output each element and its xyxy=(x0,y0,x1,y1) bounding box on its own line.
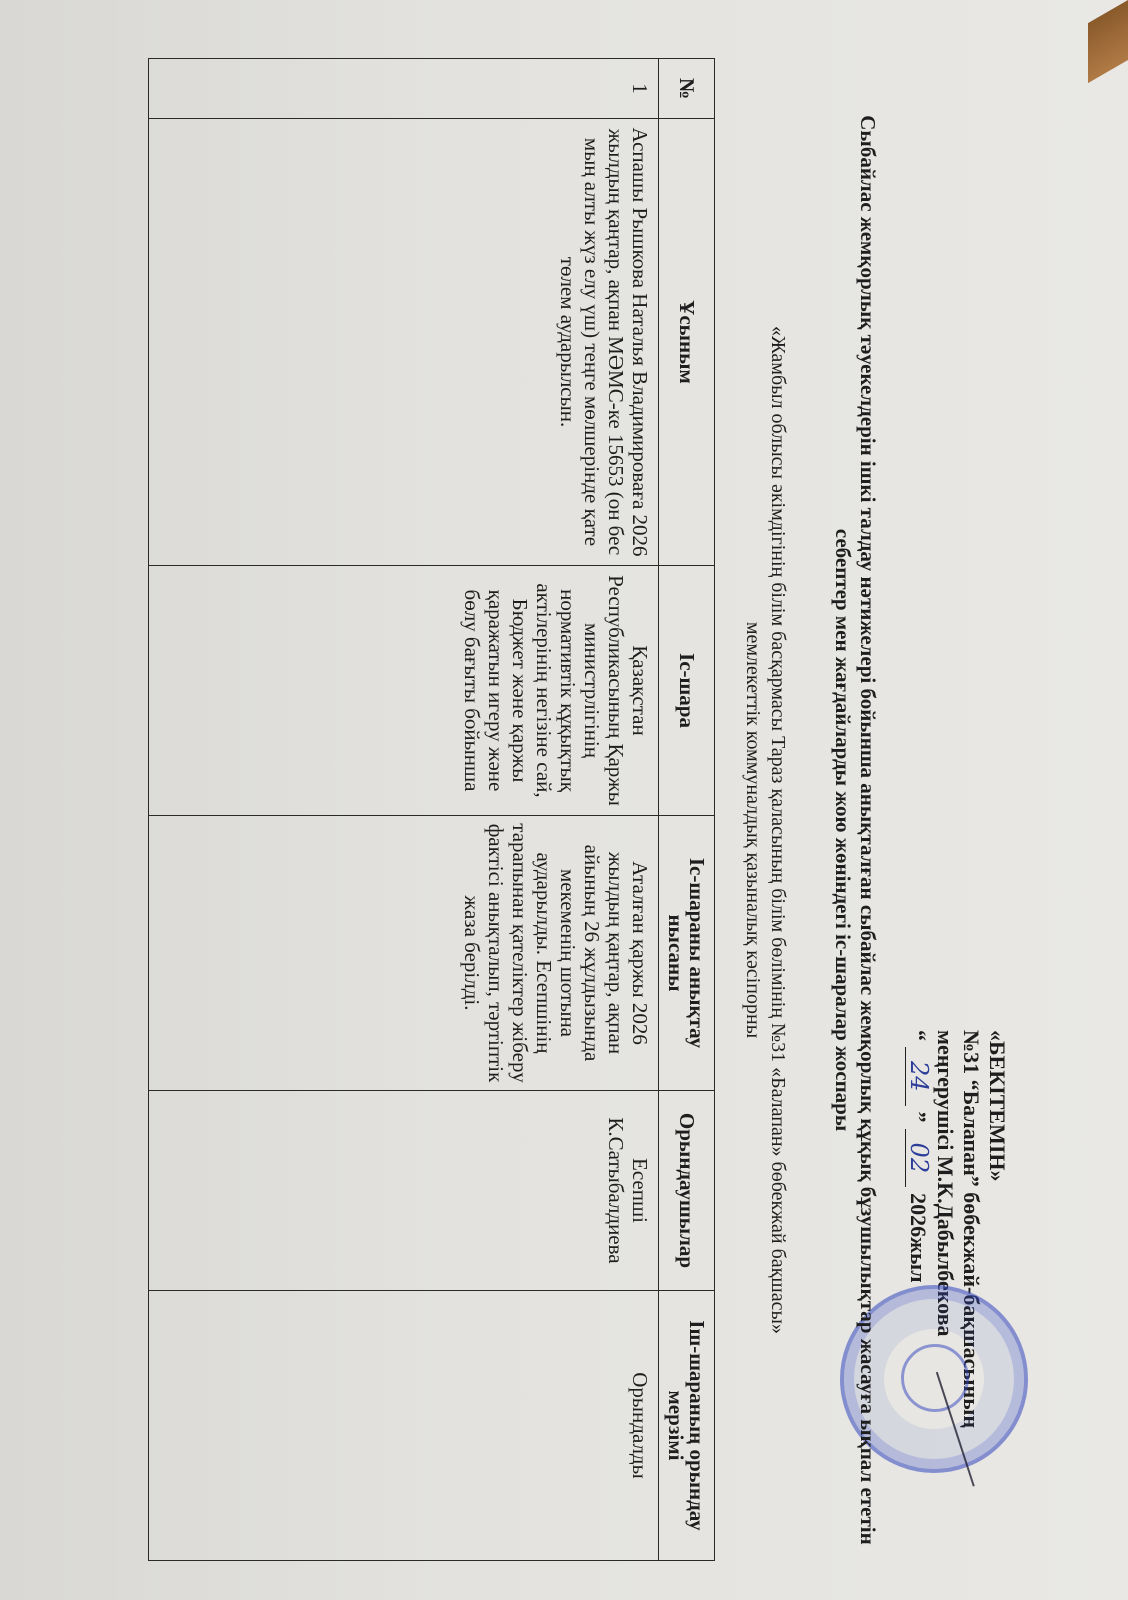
header-recommendation: Ұсыным xyxy=(659,119,715,566)
cell-recommendation: Аспашы Рышкова Наталья Владимироваға 202… xyxy=(149,119,659,566)
header-form: Іс-шараны анықтау нысаны xyxy=(659,816,715,1091)
cell-executor: Есепші К.Сатыбалдиева xyxy=(149,1091,659,1291)
document-title: Сыбайлас жемқорлық тәуекелдерін ішкі тал… xyxy=(830,80,880,1580)
cell-form: Аталған қаржы 2026 жылдың қаңтар, ақпан … xyxy=(149,816,659,1091)
table-header-row: № Ұсыным Іс-шара Іс-шараны анықтау нысан… xyxy=(659,59,715,1561)
cell-deadline: Орындалды xyxy=(149,1291,659,1561)
subtitle-line-2: мемлекеттік коммуналдық қазыналық кәсіпо… xyxy=(740,80,765,1580)
table-row: 1 Аспашы Рышкова Наталья Владимироваға 2… xyxy=(149,59,659,1561)
cell-measure: Қазақстан Республикасының Қаржы министрл… xyxy=(149,566,659,816)
approval-month: 02 xyxy=(905,1129,932,1188)
header-deadline: Іш-шараның орындау мерзімі xyxy=(659,1291,715,1561)
document-page: «БЕКІТЕМІН» №31 “Балапан” бөбекжай-бақша… xyxy=(0,0,1128,1600)
approval-year: 2026жыл xyxy=(905,1193,931,1282)
approval-day: 24 xyxy=(905,1047,932,1106)
header-executors: Орындаушылар xyxy=(659,1091,715,1291)
action-plan-table: № Ұсыным Іс-шара Іс-шараны анықтау нысан… xyxy=(148,58,715,1561)
header-number: № xyxy=(659,59,715,119)
subtitle-line-1: «Жамбыл облысы әкімдігінің білім басқарм… xyxy=(765,80,790,1580)
document-subtitle: «Жамбыл облысы әкімдігінің білім басқарм… xyxy=(740,80,790,1580)
cell-number: 1 xyxy=(149,59,659,119)
header-measure: Іс-шара xyxy=(659,566,715,816)
